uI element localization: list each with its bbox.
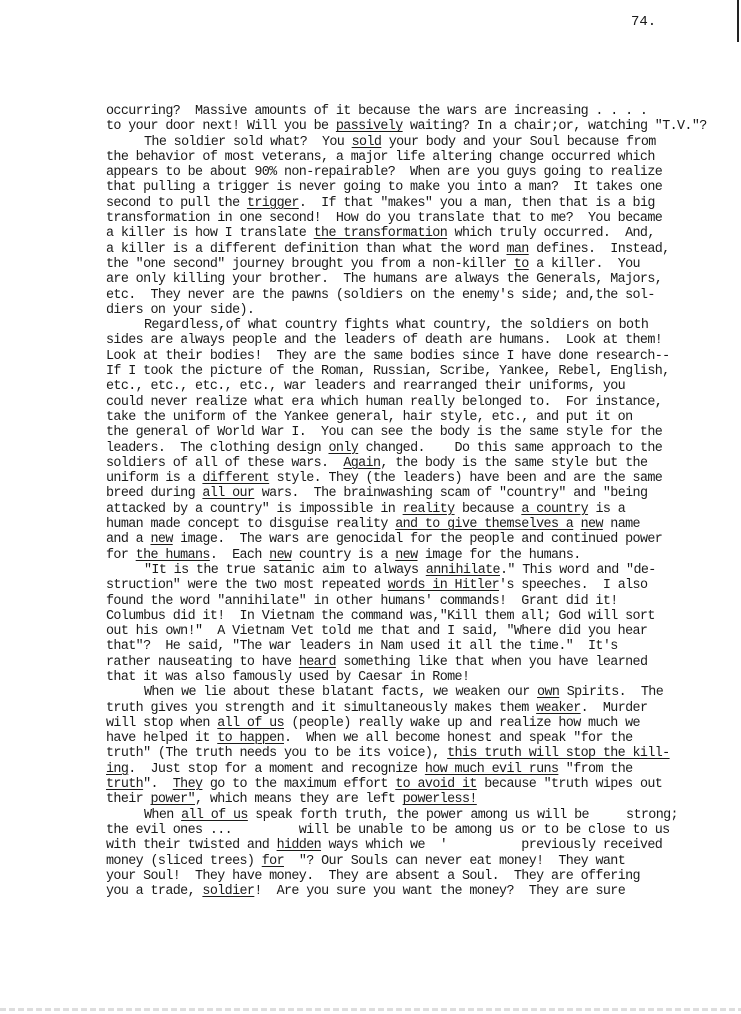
underlined-phrase: words in Hitler <box>388 578 499 593</box>
text-run: a killer is a different definition than … <box>106 242 506 257</box>
text-run: appears to be about 90% non-repairable? … <box>106 165 662 180</box>
underlined-phrase: soldier <box>202 884 254 899</box>
text-run: speak forth truth, the power among us wi… <box>248 808 678 823</box>
underlined-phrase: power" <box>151 792 196 807</box>
text-run: If I took the picture of the Roman, Russ… <box>106 364 670 379</box>
text-run: out his own!" A Vietnam Vet told me that… <box>106 624 647 639</box>
text-run: the "one second" journey brought you fro… <box>106 257 514 272</box>
text-line: leaders. The clothing design only change… <box>106 441 706 456</box>
text-line: etc. They never are the pawns (soldiers … <box>106 288 706 303</box>
text-run: which truly occurred. And, <box>447 226 655 241</box>
text-line: will stop when all of us (people) really… <box>106 716 706 731</box>
text-run: name <box>603 517 640 532</box>
text-line: When we lie about these blatant facts, w… <box>106 685 706 700</box>
underlined-phrase: to <box>514 257 529 272</box>
underlined-phrase: the transformation <box>314 226 447 241</box>
text-run: Look at their bodies! They are the same … <box>106 349 670 364</box>
text-line: your Soul! They have money. They are abs… <box>106 869 706 884</box>
text-run: human made concept to disguise reality <box>106 517 395 532</box>
text-run: something like that when you have learne… <box>336 655 647 670</box>
underlined-phrase: weaker <box>536 701 581 716</box>
text-run: and a <box>106 532 151 547</box>
text-run: breed during <box>106 486 202 501</box>
text-run: 's speeches. I also <box>499 578 647 593</box>
text-run: uniform is a <box>106 471 202 486</box>
text-line: a killer is a different definition than … <box>106 242 706 257</box>
text-run: waiting? In a chair;or, watching "T.V."? <box>403 119 707 134</box>
text-line: sides are always people and the leaders … <box>106 333 706 348</box>
text-run: style. They (the leaders) have been and … <box>269 471 662 486</box>
text-run: found the word "annihilate" in other hum… <box>106 594 618 609</box>
underlined-phrase: truth <box>106 777 143 792</box>
text-line: the behavior of most veterans, a major l… <box>106 150 706 165</box>
text-run: Columbus did it! In Vietnam the command … <box>106 609 655 624</box>
text-run: truth" (The truth needs you to be its vo… <box>106 746 447 761</box>
text-run: their <box>106 792 151 807</box>
text-run: attacked by a country" is impossible in <box>106 502 403 517</box>
underlined-phrase: ing <box>106 762 128 777</box>
underlined-phrase: to avoid it <box>395 777 477 792</box>
text-line: the evil ones ... will be unable to be a… <box>106 823 706 838</box>
text-run: . Just stop for a moment and recognize <box>128 762 425 777</box>
text-run: because <box>455 502 522 517</box>
text-line: out his own!" A Vietnam Vet told me that… <box>106 624 706 639</box>
text-run: the behavior of most veterans, a major l… <box>106 150 655 165</box>
text-line: that pulling a trigger is never going to… <box>106 180 706 195</box>
text-line: with their twisted and hidden ways which… <box>106 838 706 853</box>
text-run: Regardless,of what country fights what c… <box>144 318 648 333</box>
text-line: that"? He said, "The war leaders in Nam … <box>106 639 706 654</box>
text-line: are only killing your brother. The human… <box>106 272 706 287</box>
text-run: defines. Instead, <box>529 242 670 257</box>
text-run: rather nauseating to have <box>106 655 299 670</box>
text-run: . If that "makes" you a man, then that i… <box>299 196 655 211</box>
underlined-phrase: new <box>395 548 417 563</box>
text-line: Columbus did it! In Vietnam the command … <box>106 609 706 624</box>
text-run: are only killing your brother. The human… <box>106 272 662 287</box>
text-run: . When we all become honest and speak "f… <box>284 731 633 746</box>
text-run: ". <box>143 777 173 792</box>
text-run: you a trade, <box>106 884 202 899</box>
text-run: to your door next! Will you be <box>106 119 336 134</box>
text-run: diers on your side). <box>106 303 254 318</box>
text-run: ." This word and "de- <box>500 563 656 578</box>
text-line: "It is the true satanic aim to always an… <box>106 563 706 578</box>
text-run: go to the maximum effort <box>202 777 395 792</box>
text-run: the general of World War I. You can see … <box>106 425 662 440</box>
text-run: When we lie about these blatant facts, w… <box>144 685 537 700</box>
underlined-phrase: heard <box>299 655 336 670</box>
text-run: "? Our Souls can never eat money! They w… <box>284 854 625 869</box>
text-run: a killer is how I translate <box>106 226 314 241</box>
text-run: struction" were the two most repeated <box>106 578 388 593</box>
scan-edge-mark <box>737 0 739 42</box>
text-line: for the humans. Each new country is a ne… <box>106 548 706 563</box>
document-body: occurring? Massive amounts of it because… <box>106 104 706 899</box>
underlined-phrase: man <box>506 242 528 257</box>
text-run: is a <box>588 502 625 517</box>
text-line: have helped it to happen. When we all be… <box>106 731 706 746</box>
text-run: "from the <box>558 762 632 777</box>
underlined-phrase: this truth will stop the kill- <box>447 746 669 761</box>
text-line: found the word "annihilate" in other hum… <box>106 594 706 609</box>
text-run: money (sliced trees) <box>106 854 262 869</box>
text-line: could never realize what era which human… <box>106 395 706 410</box>
text-line: transformation in one second! How do you… <box>106 211 706 226</box>
text-run: country is a <box>291 548 395 563</box>
text-line: occurring? Massive amounts of it because… <box>106 104 706 119</box>
underlined-phrase: a country <box>521 502 588 517</box>
underlined-phrase: Again <box>343 456 380 471</box>
underlined-phrase: and to give themselves a <box>395 517 573 532</box>
text-line: the "one second" journey brought you fro… <box>106 257 706 272</box>
text-line: truth gives you strength and it simultan… <box>106 701 706 716</box>
underlined-phrase: trigger <box>247 196 299 211</box>
text-run: occurring? Massive amounts of it because… <box>106 104 647 119</box>
underlined-phrase: only <box>328 441 358 456</box>
text-run: image for the humans. <box>418 548 581 563</box>
text-run: that pulling a trigger is never going to… <box>106 180 662 195</box>
text-line: truth" (The truth needs you to be its vo… <box>106 746 706 761</box>
text-line: Regardless,of what country fights what c… <box>106 318 706 333</box>
text-line: take the uniform of the Yankee general, … <box>106 410 706 425</box>
text-line: that it was also famously used by Caesar… <box>106 670 706 685</box>
text-run: , the body is the same style but the <box>380 456 647 471</box>
underlined-phrase: hidden <box>277 838 322 853</box>
text-line: etc., etc., etc., etc., war leaders and … <box>106 379 706 394</box>
underlined-phrase: all of us <box>181 808 248 823</box>
text-run: wars. The brainwashing scam of "country"… <box>254 486 647 501</box>
text-line: you a trade, soldier! Are you sure you w… <box>106 884 706 899</box>
text-run: a killer. You <box>529 257 640 272</box>
text-line: If I took the picture of the Roman, Russ… <box>106 364 706 379</box>
text-line: soldiers of all of these wars. Again, th… <box>106 456 706 471</box>
text-run: for <box>106 548 136 563</box>
text-run: transformation in one second! How do you… <box>106 211 662 226</box>
underlined-phrase: annihilate <box>426 563 500 578</box>
text-run: sides are always people and the leaders … <box>106 333 662 348</box>
text-line: truth". They go to the maximum effort to… <box>106 777 706 792</box>
text-line: The soldier sold what? You sold your bod… <box>106 135 706 150</box>
underlined-phrase: how much evil runs <box>425 762 558 777</box>
underlined-phrase: all of us <box>217 716 284 731</box>
underlined-phrase: new <box>581 517 603 532</box>
text-run: (people) really wake up and realize how … <box>284 716 640 731</box>
text-line: appears to be about 90% non-repairable? … <box>106 165 706 180</box>
text-line: human made concept to disguise reality a… <box>106 517 706 532</box>
underlined-phrase: for <box>262 854 284 869</box>
underlined-phrase: new <box>151 532 173 547</box>
text-run: second to pull the <box>106 196 247 211</box>
text-run: your body and your Soul because from <box>381 135 655 150</box>
text-line: attacked by a country" is impossible in … <box>106 502 706 517</box>
text-line: the general of World War I. You can see … <box>106 425 706 440</box>
text-line: second to pull the trigger. If that "mak… <box>106 196 706 211</box>
text-line: diers on your side). <box>106 303 706 318</box>
text-run: with their twisted and <box>106 838 277 853</box>
page-number: 74. <box>631 14 656 30</box>
text-run: have helped it <box>106 731 217 746</box>
text-run: The soldier sold what? You <box>144 135 352 150</box>
text-line: breed during all our wars. The brainwash… <box>106 486 706 501</box>
text-line: and a new image. The wars are genocidal … <box>106 532 706 547</box>
underlined-phrase: sold <box>352 135 382 150</box>
underlined-phrase: powerless! <box>403 792 477 807</box>
underlined-phrase: They <box>173 777 203 792</box>
text-line: to your door next! Will you be passively… <box>106 119 706 134</box>
text-run: , which means they are left <box>195 792 403 807</box>
text-run: . Murder <box>581 701 648 716</box>
text-line: rather nauseating to have heard somethin… <box>106 655 706 670</box>
text-run: your Soul! They have money. They are abs… <box>106 869 640 884</box>
underlined-phrase: all our <box>202 486 254 501</box>
text-run: that it was also famously used by Caesar… <box>106 670 469 685</box>
text-line: When all of us speak forth truth, the po… <box>106 808 706 823</box>
text-run: image. The wars are genocidal for the pe… <box>173 532 662 547</box>
text-run <box>573 517 580 532</box>
text-run: etc. They never are the pawns (soldiers … <box>106 288 655 303</box>
text-line: a killer is how I translate the transfor… <box>106 226 706 241</box>
text-run: truth gives you strength and it simultan… <box>106 701 536 716</box>
text-line: uniform is a different style. They (the … <box>106 471 706 486</box>
text-run: etc., etc., etc., etc., war leaders and … <box>106 379 625 394</box>
text-run: Spirits. The <box>559 685 663 700</box>
text-run: ways which we ' previously received <box>321 838 662 853</box>
text-line: their power", which means they are left … <box>106 792 706 807</box>
text-run: leaders. The clothing design <box>106 441 328 456</box>
scan-bottom-artifact <box>0 1008 741 1011</box>
text-run: that"? He said, "The war leaders in Nam … <box>106 639 618 654</box>
underlined-phrase: reality <box>403 502 455 517</box>
text-line: ing. Just stop for a moment and recogniz… <box>106 762 706 777</box>
text-run: will stop when <box>106 716 217 731</box>
text-run: soldiers of all of these wars. <box>106 456 343 471</box>
text-run: . Each <box>210 548 269 563</box>
underlined-phrase: passively <box>336 119 403 134</box>
text-run: "It is the true satanic aim to always <box>144 563 426 578</box>
underlined-phrase: the humans <box>136 548 210 563</box>
underlined-phrase: to happen <box>217 731 284 746</box>
underlined-phrase: different <box>202 471 269 486</box>
text-run: take the uniform of the Yankee general, … <box>106 410 633 425</box>
text-line: money (sliced trees) for "? Our Souls ca… <box>106 854 706 869</box>
text-run: could never realize what era which human… <box>106 395 662 410</box>
text-run: ! Are you sure you want the money? They … <box>254 884 625 899</box>
text-line: struction" were the two most repeated wo… <box>106 578 706 593</box>
text-run: When <box>144 808 181 823</box>
text-line: Look at their bodies! They are the same … <box>106 349 706 364</box>
text-run: the evil ones ... will be unable to be a… <box>106 823 670 838</box>
text-run: because "truth wipes out <box>477 777 662 792</box>
text-run: changed. Do this same approach to the <box>358 441 662 456</box>
underlined-phrase: own <box>537 685 559 700</box>
underlined-phrase: new <box>269 548 291 563</box>
